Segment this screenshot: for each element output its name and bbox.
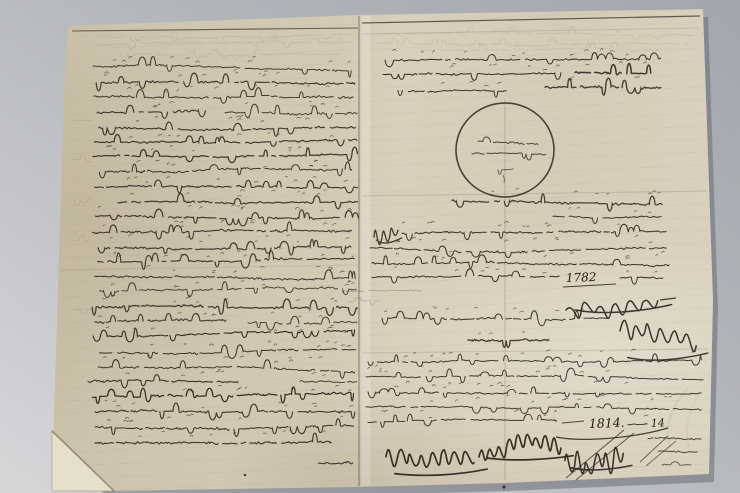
superscript-mark bbox=[170, 146, 173, 147]
superscript-mark bbox=[443, 353, 446, 355]
left-page-end-flourish bbox=[318, 461, 353, 464]
top-rule-left bbox=[72, 28, 358, 31]
superscript-mark bbox=[555, 237, 558, 238]
superscript-mark bbox=[302, 193, 306, 194]
superscript-mark bbox=[584, 50, 588, 51]
superscript-mark bbox=[184, 344, 187, 345]
superscript-mark bbox=[606, 193, 609, 194]
superscript-mark bbox=[240, 115, 242, 117]
superscript-mark bbox=[474, 307, 478, 308]
handwriting-line bbox=[398, 90, 506, 97]
signature-dash bbox=[660, 298, 676, 300]
handwriting-line bbox=[94, 270, 355, 280]
superscript-mark bbox=[241, 281, 244, 282]
superscript-mark bbox=[213, 271, 216, 272]
horizontal-crease-2 bbox=[362, 349, 709, 353]
superscript-mark bbox=[394, 267, 397, 268]
superscript-mark bbox=[248, 61, 252, 62]
superscript-mark bbox=[146, 182, 148, 183]
superscript-mark bbox=[276, 134, 280, 135]
superscript-mark bbox=[601, 395, 605, 397]
superscript-mark bbox=[106, 327, 109, 328]
superscript-mark bbox=[221, 252, 224, 254]
superscript-mark bbox=[345, 238, 349, 239]
superscript-mark bbox=[240, 190, 244, 192]
superscript-mark bbox=[173, 301, 176, 302]
superscript-mark bbox=[498, 382, 502, 384]
superscript-mark bbox=[331, 298, 334, 300]
superscript-mark bbox=[263, 74, 266, 76]
superscript-mark bbox=[506, 385, 510, 387]
superscript-mark bbox=[155, 116, 158, 118]
superscript-mark bbox=[285, 176, 287, 177]
superscript-mark bbox=[651, 399, 653, 401]
superscript-mark bbox=[186, 58, 190, 59]
superscript-mark bbox=[330, 269, 332, 271]
superscript-mark bbox=[98, 206, 101, 208]
superscript-mark bbox=[127, 178, 130, 180]
superscript-mark bbox=[162, 431, 165, 432]
superscript-mark bbox=[299, 316, 302, 317]
superscript-mark bbox=[430, 355, 433, 357]
superscript-mark bbox=[452, 63, 456, 64]
superscript-mark bbox=[236, 116, 240, 117]
superscript-mark bbox=[618, 224, 620, 225]
dash-before-date bbox=[562, 421, 584, 423]
superscript-mark bbox=[351, 283, 355, 284]
superscript-mark bbox=[586, 64, 590, 65]
superscript-mark bbox=[648, 212, 651, 213]
superscript-mark bbox=[569, 208, 571, 209]
superscript-mark bbox=[459, 383, 462, 384]
superscript-mark bbox=[464, 51, 466, 52]
ink-dot bbox=[502, 485, 505, 488]
superscript-mark bbox=[406, 381, 410, 383]
superscript-mark bbox=[381, 411, 385, 412]
superscript-mark bbox=[229, 117, 232, 119]
superscript-mark bbox=[545, 223, 548, 224]
superscript-mark bbox=[324, 190, 326, 191]
superscript-mark bbox=[177, 135, 180, 137]
superscript-mark bbox=[103, 225, 105, 226]
handwriting-line bbox=[452, 194, 662, 211]
handwriting-line bbox=[478, 137, 538, 144]
superscript-mark bbox=[330, 327, 332, 328]
superscript-mark bbox=[274, 344, 277, 346]
superscript-mark bbox=[347, 61, 350, 62]
superscript-mark bbox=[239, 418, 242, 419]
superscript-mark bbox=[543, 272, 547, 273]
superscript-mark bbox=[522, 269, 526, 270]
handwriting-line bbox=[385, 53, 661, 67]
superscript-mark bbox=[129, 235, 133, 237]
superscript-mark bbox=[553, 365, 556, 366]
superscript-mark bbox=[323, 431, 326, 433]
superscript-mark bbox=[570, 253, 574, 254]
superscript-mark bbox=[263, 166, 267, 168]
superscript-mark bbox=[404, 356, 408, 357]
superscript-mark bbox=[287, 235, 291, 237]
superscript-mark bbox=[543, 69, 547, 70]
superscript-mark bbox=[578, 399, 582, 400]
superscript-mark bbox=[261, 121, 265, 122]
superscript-mark bbox=[167, 163, 169, 165]
superscript-mark bbox=[172, 164, 175, 166]
superscript-mark bbox=[330, 135, 334, 137]
superscript-mark bbox=[283, 431, 286, 432]
superscript-mark bbox=[104, 72, 109, 74]
superscript-mark bbox=[234, 271, 237, 273]
signature-flourish bbox=[620, 320, 708, 360]
superscript-mark bbox=[255, 241, 258, 243]
superscript-mark bbox=[217, 178, 220, 180]
superscript-mark bbox=[326, 341, 329, 342]
superscript-mark bbox=[507, 395, 509, 396]
superscript-mark bbox=[155, 160, 160, 161]
handwriting-line bbox=[120, 49, 341, 60]
superscript-mark bbox=[174, 221, 178, 222]
superscript-mark bbox=[296, 300, 300, 301]
superscript-mark bbox=[446, 308, 449, 310]
superscript-mark bbox=[512, 55, 516, 56]
superscript-mark bbox=[241, 208, 243, 210]
superscript-mark bbox=[321, 103, 325, 105]
superscript-mark bbox=[221, 371, 224, 372]
superscript-mark bbox=[520, 311, 524, 313]
superscript-mark bbox=[323, 223, 327, 225]
handwriting-line bbox=[93, 147, 357, 162]
superscript-mark bbox=[536, 371, 540, 373]
superscript-mark bbox=[442, 257, 444, 259]
document-year-1814: 1814. bbox=[589, 415, 625, 431]
superscript-mark bbox=[231, 205, 235, 207]
superscript-mark bbox=[186, 415, 189, 416]
superscript-mark bbox=[291, 388, 294, 389]
superscript-mark bbox=[455, 400, 458, 402]
superscript-mark bbox=[238, 118, 242, 120]
superscript-mark bbox=[534, 238, 537, 240]
superscript-mark bbox=[195, 61, 199, 63]
superscript-mark bbox=[204, 313, 207, 315]
handwriting-line bbox=[378, 37, 689, 47]
horizontal-crease-left bbox=[60, 265, 358, 270]
superscript-mark bbox=[643, 62, 646, 63]
superscript-mark bbox=[236, 72, 238, 73]
superscript-mark bbox=[334, 301, 337, 302]
superscript-mark bbox=[289, 357, 292, 358]
handwriting-line bbox=[545, 78, 661, 95]
handwriting-line bbox=[73, 235, 89, 241]
superscript-mark bbox=[323, 166, 327, 167]
handwriting-line bbox=[402, 224, 666, 240]
superscript-mark bbox=[379, 371, 382, 372]
superscript-mark bbox=[167, 417, 171, 418]
manuscript-artwork: 1782 1814. 14 bbox=[0, 0, 740, 493]
superscript-mark bbox=[264, 71, 268, 72]
superscript-mark bbox=[523, 331, 525, 333]
superscript-mark bbox=[263, 433, 267, 434]
superscript-mark bbox=[644, 415, 648, 416]
signature-flourish bbox=[479, 435, 573, 461]
superscript-mark bbox=[245, 387, 247, 388]
superscript-mark bbox=[522, 53, 525, 54]
superscript-mark bbox=[484, 85, 488, 86]
superscript-mark bbox=[237, 196, 241, 197]
superscript-mark bbox=[239, 388, 241, 389]
superscript-mark bbox=[247, 118, 251, 119]
superscript-mark bbox=[322, 375, 325, 376]
superscript-mark bbox=[478, 333, 481, 334]
superscript-mark bbox=[123, 357, 126, 358]
superscript-mark bbox=[501, 385, 505, 386]
handwriting-line bbox=[575, 64, 651, 75]
superscript-mark bbox=[481, 271, 485, 272]
superscript-mark bbox=[266, 236, 268, 237]
superscript-mark bbox=[498, 225, 502, 226]
superscript-mark bbox=[176, 90, 178, 92]
handwriting-line bbox=[368, 414, 557, 427]
superscript-mark bbox=[619, 62, 623, 64]
superscript-mark bbox=[125, 373, 129, 374]
superscript-mark bbox=[477, 383, 480, 385]
handwriting-line bbox=[93, 329, 354, 342]
superscript-mark bbox=[578, 355, 581, 357]
superscript-mark bbox=[234, 70, 237, 71]
superscript-mark bbox=[544, 255, 547, 257]
superscript-mark bbox=[298, 147, 301, 148]
signature-flourish bbox=[566, 300, 672, 318]
superscript-mark bbox=[127, 87, 131, 89]
handwriting-line bbox=[648, 437, 701, 439]
superscript-mark bbox=[104, 75, 107, 76]
superscript-mark bbox=[493, 64, 497, 65]
superscript-mark bbox=[135, 177, 138, 178]
superscript-mark bbox=[476, 354, 480, 355]
signature-slash bbox=[640, 436, 668, 462]
superscript-mark bbox=[433, 307, 435, 308]
superscript-mark bbox=[496, 269, 500, 270]
superscript-mark bbox=[98, 316, 102, 317]
superscript-mark bbox=[350, 405, 354, 407]
superscript-mark bbox=[289, 150, 291, 152]
superscript-mark bbox=[384, 311, 387, 312]
superscript-mark bbox=[158, 104, 160, 106]
handwriting-line bbox=[96, 209, 359, 226]
superscript-mark bbox=[547, 397, 551, 398]
ink-dot bbox=[244, 474, 247, 477]
superscript-mark bbox=[285, 405, 287, 406]
superscript-mark bbox=[547, 225, 551, 227]
superscript-mark bbox=[259, 73, 261, 74]
superscript-mark bbox=[216, 371, 221, 372]
handwriting-line bbox=[628, 424, 647, 425]
superscript-mark bbox=[244, 255, 247, 257]
superscript-mark bbox=[114, 252, 116, 254]
superscript-mark bbox=[648, 193, 652, 195]
superscript-mark bbox=[295, 207, 299, 209]
superscript-mark bbox=[199, 241, 202, 242]
superscript-mark bbox=[610, 51, 614, 52]
superscript-mark bbox=[102, 299, 106, 300]
superscript-mark bbox=[600, 351, 603, 352]
handwriting-line bbox=[98, 251, 355, 270]
superscript-mark bbox=[329, 61, 333, 62]
superscript-mark bbox=[319, 357, 323, 358]
handwriting-line bbox=[383, 73, 561, 81]
superscript-mark bbox=[317, 346, 320, 348]
superscript-mark bbox=[151, 328, 154, 329]
superscript-mark bbox=[523, 226, 525, 227]
superscript-mark bbox=[347, 346, 351, 347]
superscript-mark bbox=[208, 235, 211, 236]
superscript-mark bbox=[125, 417, 129, 419]
superscript-mark bbox=[402, 222, 405, 224]
handwriting-line bbox=[300, 381, 357, 383]
handwriting-line bbox=[88, 375, 238, 388]
superscript-mark bbox=[297, 241, 299, 242]
superscript-mark bbox=[305, 118, 309, 119]
superscript-mark bbox=[319, 316, 322, 317]
superscript-mark bbox=[215, 87, 219, 89]
handwriting-line bbox=[372, 255, 669, 268]
handwriting-line bbox=[553, 216, 661, 223]
underlined-year-1782: 1782 bbox=[566, 270, 597, 285]
superscript-mark bbox=[130, 193, 134, 194]
handwriting-line bbox=[468, 339, 549, 348]
superscript-mark bbox=[345, 332, 348, 333]
handwriting-line bbox=[368, 387, 701, 398]
superscript-mark bbox=[548, 366, 551, 367]
superscript-mark bbox=[268, 133, 270, 134]
superscript-mark bbox=[132, 403, 135, 404]
superscript-mark bbox=[202, 407, 204, 408]
superscript-mark bbox=[178, 75, 182, 77]
superscript-mark bbox=[340, 416, 343, 417]
superscript-mark bbox=[178, 313, 182, 314]
superscript-mark bbox=[309, 309, 311, 311]
superscript-mark bbox=[181, 375, 185, 376]
superscript-mark bbox=[436, 256, 439, 257]
superscript-mark bbox=[238, 251, 241, 252]
superscript-mark bbox=[183, 389, 187, 390]
superscript-mark bbox=[129, 137, 133, 138]
superscript-mark bbox=[173, 270, 176, 271]
superscript-mark bbox=[626, 271, 629, 272]
superscript-mark bbox=[221, 222, 223, 223]
superscript-mark bbox=[113, 401, 116, 402]
superscript-mark bbox=[175, 286, 180, 287]
superscript-mark bbox=[275, 85, 278, 86]
superscript-mark bbox=[449, 251, 452, 252]
superscript-mark bbox=[556, 239, 559, 240]
superscript-mark bbox=[396, 253, 399, 255]
superscript-mark bbox=[521, 353, 524, 354]
superscript-mark bbox=[224, 357, 229, 358]
document-day-14: 14 bbox=[650, 416, 665, 430]
superscript-mark bbox=[334, 342, 337, 343]
handwriting-line bbox=[94, 135, 357, 147]
superscript-mark bbox=[490, 385, 494, 386]
handwriting-line bbox=[95, 180, 358, 193]
handwriting-line bbox=[92, 299, 357, 315]
superscript-mark bbox=[196, 302, 199, 303]
superscript-mark bbox=[317, 194, 320, 195]
superscript-mark bbox=[117, 405, 121, 407]
superscript-mark bbox=[485, 267, 488, 268]
superscript-mark bbox=[429, 371, 432, 372]
superscript-mark bbox=[345, 284, 349, 285]
superscript-mark bbox=[606, 370, 610, 372]
superscript-mark bbox=[595, 193, 598, 194]
superscript-mark bbox=[190, 435, 193, 437]
superscript-mark bbox=[657, 193, 661, 194]
superscript-mark bbox=[312, 403, 316, 404]
superscript-mark bbox=[150, 344, 153, 345]
superscript-mark bbox=[321, 210, 324, 212]
superscript-mark bbox=[103, 357, 107, 358]
superscript-mark bbox=[554, 410, 556, 412]
superscript-mark bbox=[105, 400, 108, 401]
superscript-mark bbox=[313, 176, 316, 177]
superscript-mark bbox=[113, 149, 116, 151]
superscript-mark bbox=[245, 103, 248, 104]
superscript-mark bbox=[312, 389, 315, 390]
superscript-mark bbox=[385, 371, 388, 372]
superscript-mark bbox=[625, 256, 629, 258]
superscript-mark bbox=[492, 191, 495, 192]
superscript-mark bbox=[348, 281, 351, 282]
superscript-mark bbox=[138, 436, 142, 437]
superscript-mark bbox=[413, 353, 416, 354]
handwriting-line bbox=[99, 162, 352, 178]
superscript-mark bbox=[432, 51, 434, 53]
photo-scene: 1782 1814. 14 bbox=[0, 0, 740, 493]
superscript-mark bbox=[341, 345, 345, 346]
superscript-mark bbox=[556, 65, 559, 66]
superscript-mark bbox=[123, 420, 126, 421]
superscript-mark bbox=[430, 401, 433, 402]
superscript-mark bbox=[635, 77, 637, 78]
superscript-mark bbox=[254, 181, 258, 183]
superscript-mark bbox=[122, 60, 126, 62]
superscript-mark bbox=[344, 181, 348, 182]
superscript-mark bbox=[218, 385, 221, 386]
superscript-mark bbox=[527, 226, 530, 227]
superscript-mark bbox=[600, 49, 602, 51]
superscript-mark bbox=[207, 256, 210, 257]
signature-slash bbox=[646, 441, 676, 466]
superscript-mark bbox=[188, 206, 191, 207]
superscript-mark bbox=[166, 177, 170, 178]
superscript-mark bbox=[164, 91, 166, 92]
superscript-mark bbox=[455, 269, 458, 271]
superscript-mark bbox=[419, 239, 422, 240]
superscript-mark bbox=[336, 385, 339, 386]
superscript-mark bbox=[209, 344, 213, 346]
superscript-mark bbox=[330, 325, 334, 326]
handwriting-line bbox=[95, 433, 331, 444]
superscript-mark bbox=[268, 341, 271, 343]
superscript-mark bbox=[637, 76, 639, 78]
superscript-mark bbox=[137, 161, 141, 162]
superscript-mark bbox=[186, 297, 190, 299]
handwriting-line bbox=[93, 57, 351, 78]
superscript-mark bbox=[449, 382, 451, 384]
superscript-mark bbox=[312, 373, 316, 375]
superscript-mark bbox=[164, 255, 168, 256]
superscript-mark bbox=[201, 372, 204, 374]
superscript-mark bbox=[158, 135, 162, 136]
